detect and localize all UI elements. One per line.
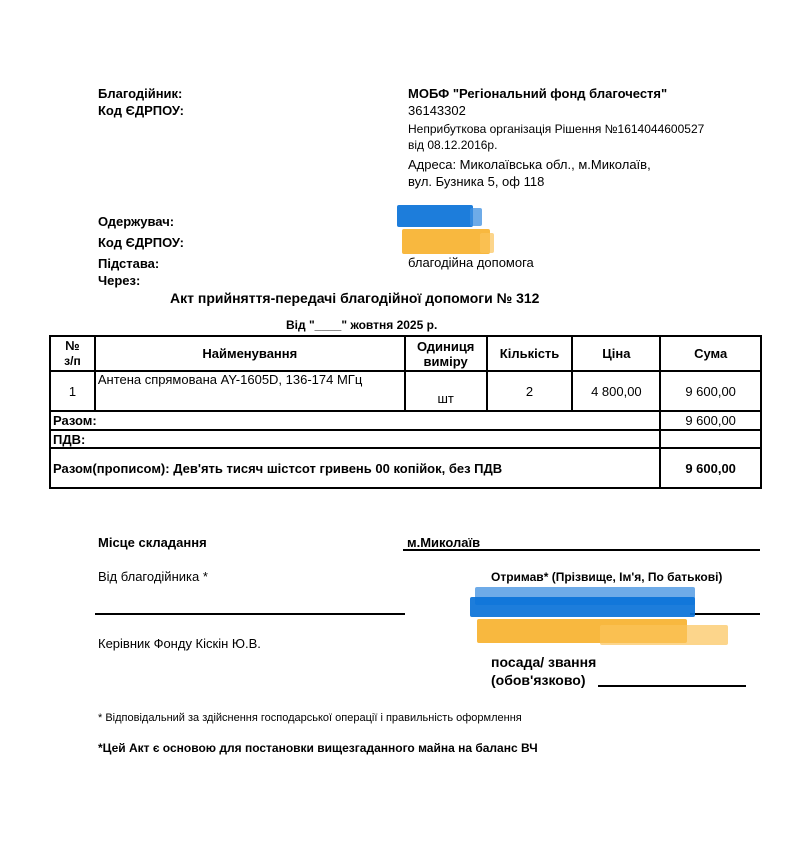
received-label: Отримав* (Прізвище, Ім'я, По батькові)	[491, 570, 722, 584]
total-words-row: Разом(прописом): Дев'ять тисяч шістсот г…	[50, 448, 761, 488]
act-date: Від "____" жовтня 2025 р.	[286, 318, 437, 332]
items-table: №з/п Найменування Одиницявиміру Кількіст…	[49, 335, 762, 489]
position-label-line2: (обов'язково)	[491, 672, 586, 688]
row-num: 1	[50, 371, 95, 411]
basis-label: Підстава:	[98, 256, 159, 271]
redaction-recipient-name-edge	[470, 208, 482, 226]
header-qty: Кількість	[487, 336, 573, 371]
head-of-fund: Керівник Фонду Кіскін Ю.В.	[98, 636, 261, 651]
total-words-value: 9 600,00	[660, 448, 761, 488]
received-signature-line	[690, 613, 760, 615]
table-header-row: №з/п Найменування Одиницявиміру Кількіст…	[50, 336, 761, 371]
position-label-line1: посада/ звання	[491, 654, 596, 670]
donor-edrpou: 36143302	[408, 103, 466, 118]
act-title: Акт прийняття-передачі благодійної допом…	[170, 290, 539, 306]
redaction-recipient-edrpou	[402, 229, 490, 254]
basis-value: благодійна допомога	[408, 255, 534, 270]
header-num: №з/п	[50, 336, 95, 371]
row-price: 4 800,00	[572, 371, 660, 411]
footnote-basis: *Цей Акт є основою для постановки вищезг…	[98, 741, 538, 755]
header-unit: Одиницявиміру	[405, 336, 487, 371]
donor-decision-line1: Неприбуткова організація Рішення №161404…	[408, 122, 704, 136]
position-signature-line	[598, 685, 746, 687]
recipient-label: Одержувач:	[98, 214, 174, 229]
donor-label: Благодійник:	[98, 86, 182, 101]
from-donor-label: Від благодійника *	[98, 569, 208, 584]
donor-decision-line2: від 08.12.2016р.	[408, 138, 497, 152]
donor-signature-line	[95, 613, 405, 615]
total-value: 9 600,00	[660, 411, 761, 430]
row-qty: 2	[487, 371, 573, 411]
redaction-receiver-position-edge	[600, 625, 728, 645]
table-row: 1 Антена спрямована AY-1605D, 136-174 МГ…	[50, 371, 761, 411]
header-price: Ціна	[572, 336, 660, 371]
redaction-recipient-name	[397, 205, 473, 227]
header-name: Найменування	[95, 336, 405, 371]
redaction-recipient-edrpou-edge	[480, 233, 494, 253]
donor-address-line2: вул. Бузника 5, оф 118	[408, 174, 544, 189]
footnote-responsible: * Відповідальний за здійснення господарс…	[98, 712, 522, 724]
donor-name: МОБФ "Регіональний фонд благочестя"	[408, 86, 667, 101]
donor-edrpou-label: Код ЄДРПОУ:	[98, 103, 184, 118]
total-row: Разом: 9 600,00	[50, 411, 761, 430]
vat-label: ПДВ:	[50, 430, 660, 448]
header-sum: Сума	[660, 336, 761, 371]
via-label: Через:	[98, 273, 140, 288]
donor-address-line1: Адреса: Миколаївська обл., м.Миколаїв,	[408, 157, 651, 172]
vat-row: ПДВ:	[50, 430, 761, 448]
place-label: Місце складання	[98, 535, 207, 550]
total-words-label: Разом(прописом): Дев'ять тисяч шістсот г…	[50, 448, 660, 488]
row-name: Антена спрямована AY-1605D, 136-174 МГц	[95, 371, 405, 411]
vat-value	[660, 430, 761, 448]
recipient-edrpou-label: Код ЄДРПОУ:	[98, 235, 184, 250]
row-sum: 9 600,00	[660, 371, 761, 411]
place-value: м.Миколаїв	[407, 535, 480, 550]
total-label: Разом:	[50, 411, 660, 430]
place-underline	[403, 549, 760, 551]
redaction-receiver-name	[470, 597, 695, 617]
row-unit: шт	[405, 371, 487, 411]
